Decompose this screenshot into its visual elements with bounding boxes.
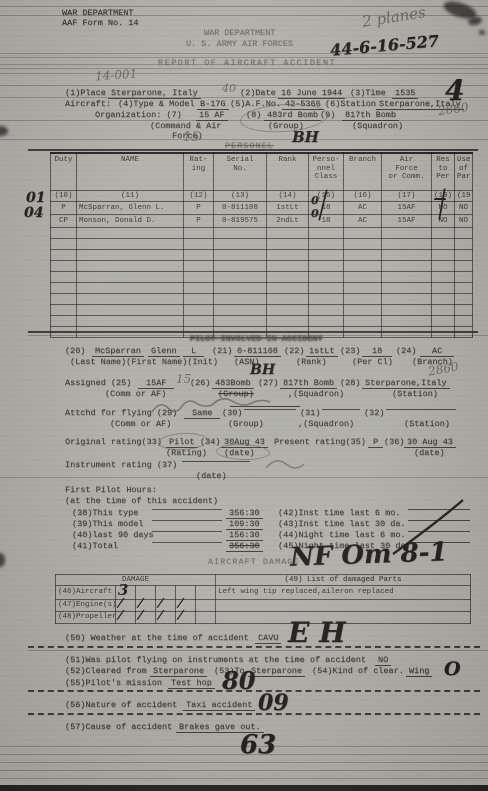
- f20-sub: (Last Name)(First Name)(Init): [70, 357, 218, 367]
- f30-sub: (Group): [228, 419, 264, 429]
- handwritten-class-mark-1: 0: [311, 194, 319, 207]
- f20-lastname: McSparran: [92, 346, 144, 357]
- f55-label: (55)Pilot's mission: [65, 678, 162, 688]
- field-station-label: (6)Station: [325, 99, 376, 109]
- f36-label: (36): [384, 437, 404, 447]
- col-duty: Duty: [51, 153, 77, 191]
- cell-branch: AC: [344, 215, 382, 228]
- colnum-16: (16): [344, 191, 382, 202]
- cell-airforce: 15AF: [382, 202, 432, 215]
- f41-value: 356:30: [226, 541, 263, 552]
- f49-parts-value: Left wing tip replaced,aileron replaced: [216, 586, 471, 600]
- f41-label: (41)Total: [72, 541, 118, 551]
- org-sub-squadron: (Squadron): [352, 121, 403, 131]
- scan-streak: [0, 85, 488, 86]
- scan-streak: [0, 762, 488, 763]
- scan-streak: [0, 68, 488, 69]
- f40-value: 156:30: [226, 530, 263, 541]
- f21-asn: 0-811108: [234, 346, 281, 357]
- f22-sub: (Rank): [296, 357, 327, 367]
- handwritten-planes-note: 2 planes: [361, 3, 427, 31]
- f30-blank: [244, 400, 296, 410]
- personnel-table: Duty NAME Rat- ing Serial No. Rank Perso…: [50, 152, 473, 338]
- col-branch: Branch: [344, 153, 382, 191]
- damage-row-propeller: (48)Propeller / / / /: [56, 612, 471, 624]
- cell-rating: P: [184, 215, 214, 228]
- handwritten-40: 40: [222, 82, 236, 95]
- colnum-17: (17): [382, 191, 432, 202]
- cell-serial: 0-819575: [214, 215, 267, 228]
- rule-fill: [152, 501, 222, 510]
- handwritten-eh: E H: [288, 616, 346, 649]
- field-time-value: 1535: [392, 88, 418, 99]
- f27-value: 817th Bomb: [280, 378, 337, 389]
- scan-streak: [0, 770, 488, 771]
- field-squadron-value: 817th Bomb: [342, 110, 399, 121]
- personnel-empty-row: [51, 228, 473, 239]
- cell-duty: P: [51, 202, 77, 215]
- f26-label: (26): [190, 378, 210, 388]
- damage-heading: AIRCRAFT DAMAGE: [208, 557, 300, 567]
- cell-use: NO: [455, 215, 473, 228]
- f38-label: (38)This type: [72, 508, 138, 518]
- f29-sub: (Comm or AF): [110, 419, 171, 429]
- rule-fill: [152, 512, 222, 521]
- f51-label: (51)Was pilot flying on instruments at t…: [65, 655, 366, 665]
- form-number: AAF Form No. 14: [62, 18, 139, 28]
- damage-cell: [196, 600, 216, 612]
- f32-label: (32): [364, 408, 384, 418]
- letterhead-department: WAR DEPARTMENT: [204, 28, 275, 38]
- cell-rank: 1stLt: [267, 202, 309, 215]
- f22-rank: 1stLt: [306, 346, 338, 357]
- field-place-value: Sterparone, Italy: [108, 88, 201, 99]
- ink-smudge: [479, 30, 485, 35]
- col-use: Use of Par: [455, 153, 473, 191]
- pilot-heading: PILOT INVOLVED IN ACCIDENT: [190, 334, 323, 344]
- f50-label: (50) Weather at the time of accident: [65, 633, 249, 643]
- handwritten-bh-2: BH: [250, 362, 275, 378]
- scan-streak: [0, 477, 488, 478]
- f26-value: 483Bomb: [212, 378, 254, 389]
- f20-firstname: Glenn: [148, 346, 180, 357]
- handwritten-slash-mark: /: [117, 612, 123, 621]
- damage-parts-empty: [216, 600, 471, 612]
- field-date-value: 16 June 1944: [278, 88, 345, 99]
- f48-label: (48)Propeller: [56, 612, 116, 624]
- col-class: Perso- nnel Class: [309, 153, 344, 191]
- damage-cell: /: [136, 612, 156, 624]
- rule-fill: [152, 523, 222, 532]
- damage-cell: /: [156, 612, 176, 624]
- instr-rating-label: Instrument rating (37): [65, 460, 177, 470]
- f40-label: (40)last 90 days: [72, 530, 154, 540]
- personnel-empty-row: [51, 250, 473, 261]
- scan-bottom-edge: [0, 785, 488, 791]
- f36-sub: (date): [414, 448, 445, 458]
- handwritten-circle-o: O: [444, 658, 461, 680]
- colnum-13: (13): [214, 191, 267, 202]
- f24-label: (24): [396, 346, 416, 356]
- f52-label: (52)Cleared from: [65, 666, 147, 676]
- col-rank: Rank: [267, 153, 309, 191]
- handwritten-15: 15: [183, 130, 200, 145]
- rule-dashed: [28, 713, 480, 715]
- handwritten-2860: 2860: [437, 100, 469, 118]
- field-time-label: (3)Time: [350, 88, 386, 98]
- form-department: WAR DEPARTMENT: [62, 8, 133, 18]
- hours-title: First Pilot Hours:: [65, 485, 157, 495]
- damage-row-aircraft: (46)Aircraft 3 Left wing tip replaced,ai…: [56, 586, 471, 600]
- orig-rating-label: Original rating(33): [65, 437, 162, 447]
- f56-value: Taxi accident: [183, 700, 255, 711]
- f27-sub: ,(Squadron): [288, 389, 344, 399]
- handwritten-slash-mark: /: [157, 612, 163, 621]
- f55-value: Test hop: [168, 678, 215, 689]
- scan-streak: [28, 650, 488, 651]
- cell-serial: 0-811108: [214, 202, 267, 215]
- colnum-14: (14): [267, 191, 309, 202]
- field-type-value: B-17G: [197, 99, 229, 110]
- cell-use: NO: [455, 202, 473, 215]
- assigned-label: Assigned (25): [65, 378, 131, 388]
- f31-sub: ,(Squadron): [298, 419, 354, 429]
- colnum-12: (12): [184, 191, 214, 202]
- handwritten-stroke: [434, 198, 446, 202]
- scan-streak: [0, 139, 488, 140]
- damage-cell: [196, 612, 216, 624]
- col-name: NAME: [77, 153, 184, 191]
- f31-label: (31): [300, 408, 320, 418]
- f56-label: (56)Nature of accident: [65, 700, 177, 710]
- f22-label: (22): [284, 346, 304, 356]
- col-serial: Serial No.: [214, 153, 267, 191]
- f37-blank: [182, 452, 250, 462]
- strike-mark: [230, 406, 300, 407]
- f51-value: NO: [375, 655, 391, 666]
- f23-label: (23): [340, 346, 360, 356]
- f50-value: CAVU: [255, 633, 281, 644]
- col-res: Res to Per: [432, 153, 455, 191]
- f47-label: (47)Engine(s): [56, 600, 116, 612]
- personnel-empty-row: [51, 316, 473, 327]
- f27-label: (27): [258, 378, 278, 388]
- f46-label: (46)Aircraft: [56, 586, 116, 600]
- field-command-value: 15 AF: [196, 110, 228, 121]
- col-airforce: Air Force or Comm.: [382, 153, 432, 191]
- personnel-empty-row: [51, 261, 473, 272]
- personnel-empty-row: [51, 239, 473, 250]
- f38-value: 356:30: [226, 508, 263, 519]
- f39-label: (39)This model: [72, 519, 143, 529]
- field-date-label: (2)Date: [240, 88, 276, 98]
- handwritten-margin-01: 01: [26, 190, 45, 206]
- f31-blank: [322, 400, 360, 410]
- f57-label: (57)Cause of accident: [65, 722, 172, 732]
- personnel-empty-row: [51, 283, 473, 294]
- handwritten-15-2: 15: [176, 372, 191, 386]
- f53-value: Sterparone: [248, 666, 305, 677]
- scan-streak: [0, 53, 488, 54]
- cell-rating: P: [184, 202, 214, 215]
- f32-blank: [386, 400, 456, 410]
- handwritten-bh: BH: [292, 128, 319, 146]
- f37-sub: (date): [196, 471, 227, 481]
- f54-value: Wing: [406, 666, 432, 677]
- f32-sub: (Station): [404, 419, 450, 429]
- handwritten-file-number: 14-001: [95, 67, 138, 84]
- rule-dashed: [28, 646, 480, 648]
- f39-value: 109:30: [226, 519, 263, 530]
- aircraft-label: Aircraft:: [65, 99, 111, 109]
- cell-name: Monson, Donald D.: [77, 215, 184, 228]
- f21-label: (21): [212, 346, 232, 356]
- cell-res: NO: [432, 215, 455, 228]
- damage-cell: /: [176, 612, 196, 624]
- personnel-header-row: Duty NAME Rat- ing Serial No. Rank Perso…: [51, 153, 473, 191]
- f20-label: (20): [65, 346, 85, 356]
- f42-label: (42)Inst time last 6 mo.: [278, 508, 400, 518]
- handwritten-slash-mark: /: [177, 612, 183, 621]
- colnum-19: (19: [455, 191, 473, 202]
- cell-branch: AC: [344, 202, 382, 215]
- f20-init: L: [183, 346, 204, 357]
- field-type-label: (4)Type & Model: [118, 99, 195, 109]
- personnel-row-pilot: P McSparran, Glenn L. P 0-811108 1stLt 1…: [51, 202, 473, 215]
- f52-value: Sterparone: [150, 666, 207, 677]
- handwritten-slash-mark: /: [137, 612, 143, 621]
- scan-smudge: [0, 126, 8, 136]
- present-rating-label: Present rating(35): [274, 437, 366, 447]
- personnel-empty-row: [51, 272, 473, 283]
- f24-branch: AC: [420, 346, 454, 357]
- f35-value: P: [368, 437, 383, 448]
- f54-label: (54)Kind of clear.: [312, 666, 404, 676]
- rule-fill: [152, 534, 222, 543]
- damage-parts-header: (49) List of damaged Parts: [216, 575, 471, 586]
- colnum-10: (10): [51, 191, 77, 202]
- pencil-mark: [262, 456, 308, 472]
- scanned-form-page: WAR DEPARTMENT AAF Form No. 14 WAR DEPAR…: [0, 0, 488, 791]
- handwritten-63: 63: [240, 730, 276, 760]
- f23-percl: 18: [362, 346, 392, 357]
- org-label: Organization: (7): [95, 110, 182, 120]
- form-title: REPORT OF AIRCRAFT ACCIDENT: [158, 58, 336, 68]
- scan-streak: [0, 73, 488, 74]
- scan-streak: [0, 778, 488, 779]
- f36-value: 30 Aug 43: [404, 437, 456, 448]
- handwritten-09: 09: [258, 690, 289, 716]
- handwritten-case-number: 44-6-16-527: [329, 31, 439, 59]
- f28-sub: (Station): [392, 389, 438, 399]
- f25-value: 15AF: [138, 378, 174, 389]
- handwritten-nf-om: NF Om 8-1: [290, 537, 448, 572]
- personnel-empty-row: [51, 294, 473, 305]
- handwritten-margin-04: 04: [24, 205, 43, 221]
- damage-col-header: DAMAGE: [56, 575, 216, 586]
- handwritten-80: 80: [222, 666, 255, 695]
- damage-cell: /: [116, 612, 136, 624]
- personnel-numbers-row: (10) (11) (12) (13) (14) (15) (16) (17) …: [51, 191, 473, 202]
- scan-smudge: [0, 553, 5, 567]
- damage-table: DAMAGE (49) List of damaged Parts (46)Ai…: [55, 574, 471, 624]
- field-place-label: (1)Place: [65, 88, 106, 98]
- colnum-11: (11): [77, 191, 184, 202]
- f30-label: (30): [222, 408, 242, 418]
- f28-label: (28): [340, 378, 360, 388]
- letterhead-branch: U. S. ARMY AIR FORCES: [186, 39, 293, 49]
- f23-sub: (Per Cl): [352, 357, 393, 367]
- f28-value: Sterparone,Italy: [362, 378, 450, 389]
- cell-rank: 2ndLt: [267, 215, 309, 228]
- personnel-empty-row: [51, 305, 473, 316]
- damage-cell: [196, 586, 216, 600]
- cell-airforce: 15AF: [382, 215, 432, 228]
- personnel-heading: PERSONEL: [225, 141, 274, 151]
- personnel-row-copilot: CP Monson, Donald D. P 0-819575 2ndLt 18…: [51, 215, 473, 228]
- cell-duty: CP: [51, 215, 77, 228]
- cell-name: McSparran, Glenn L.: [77, 202, 184, 215]
- col-rating: Rat- ing: [184, 153, 214, 191]
